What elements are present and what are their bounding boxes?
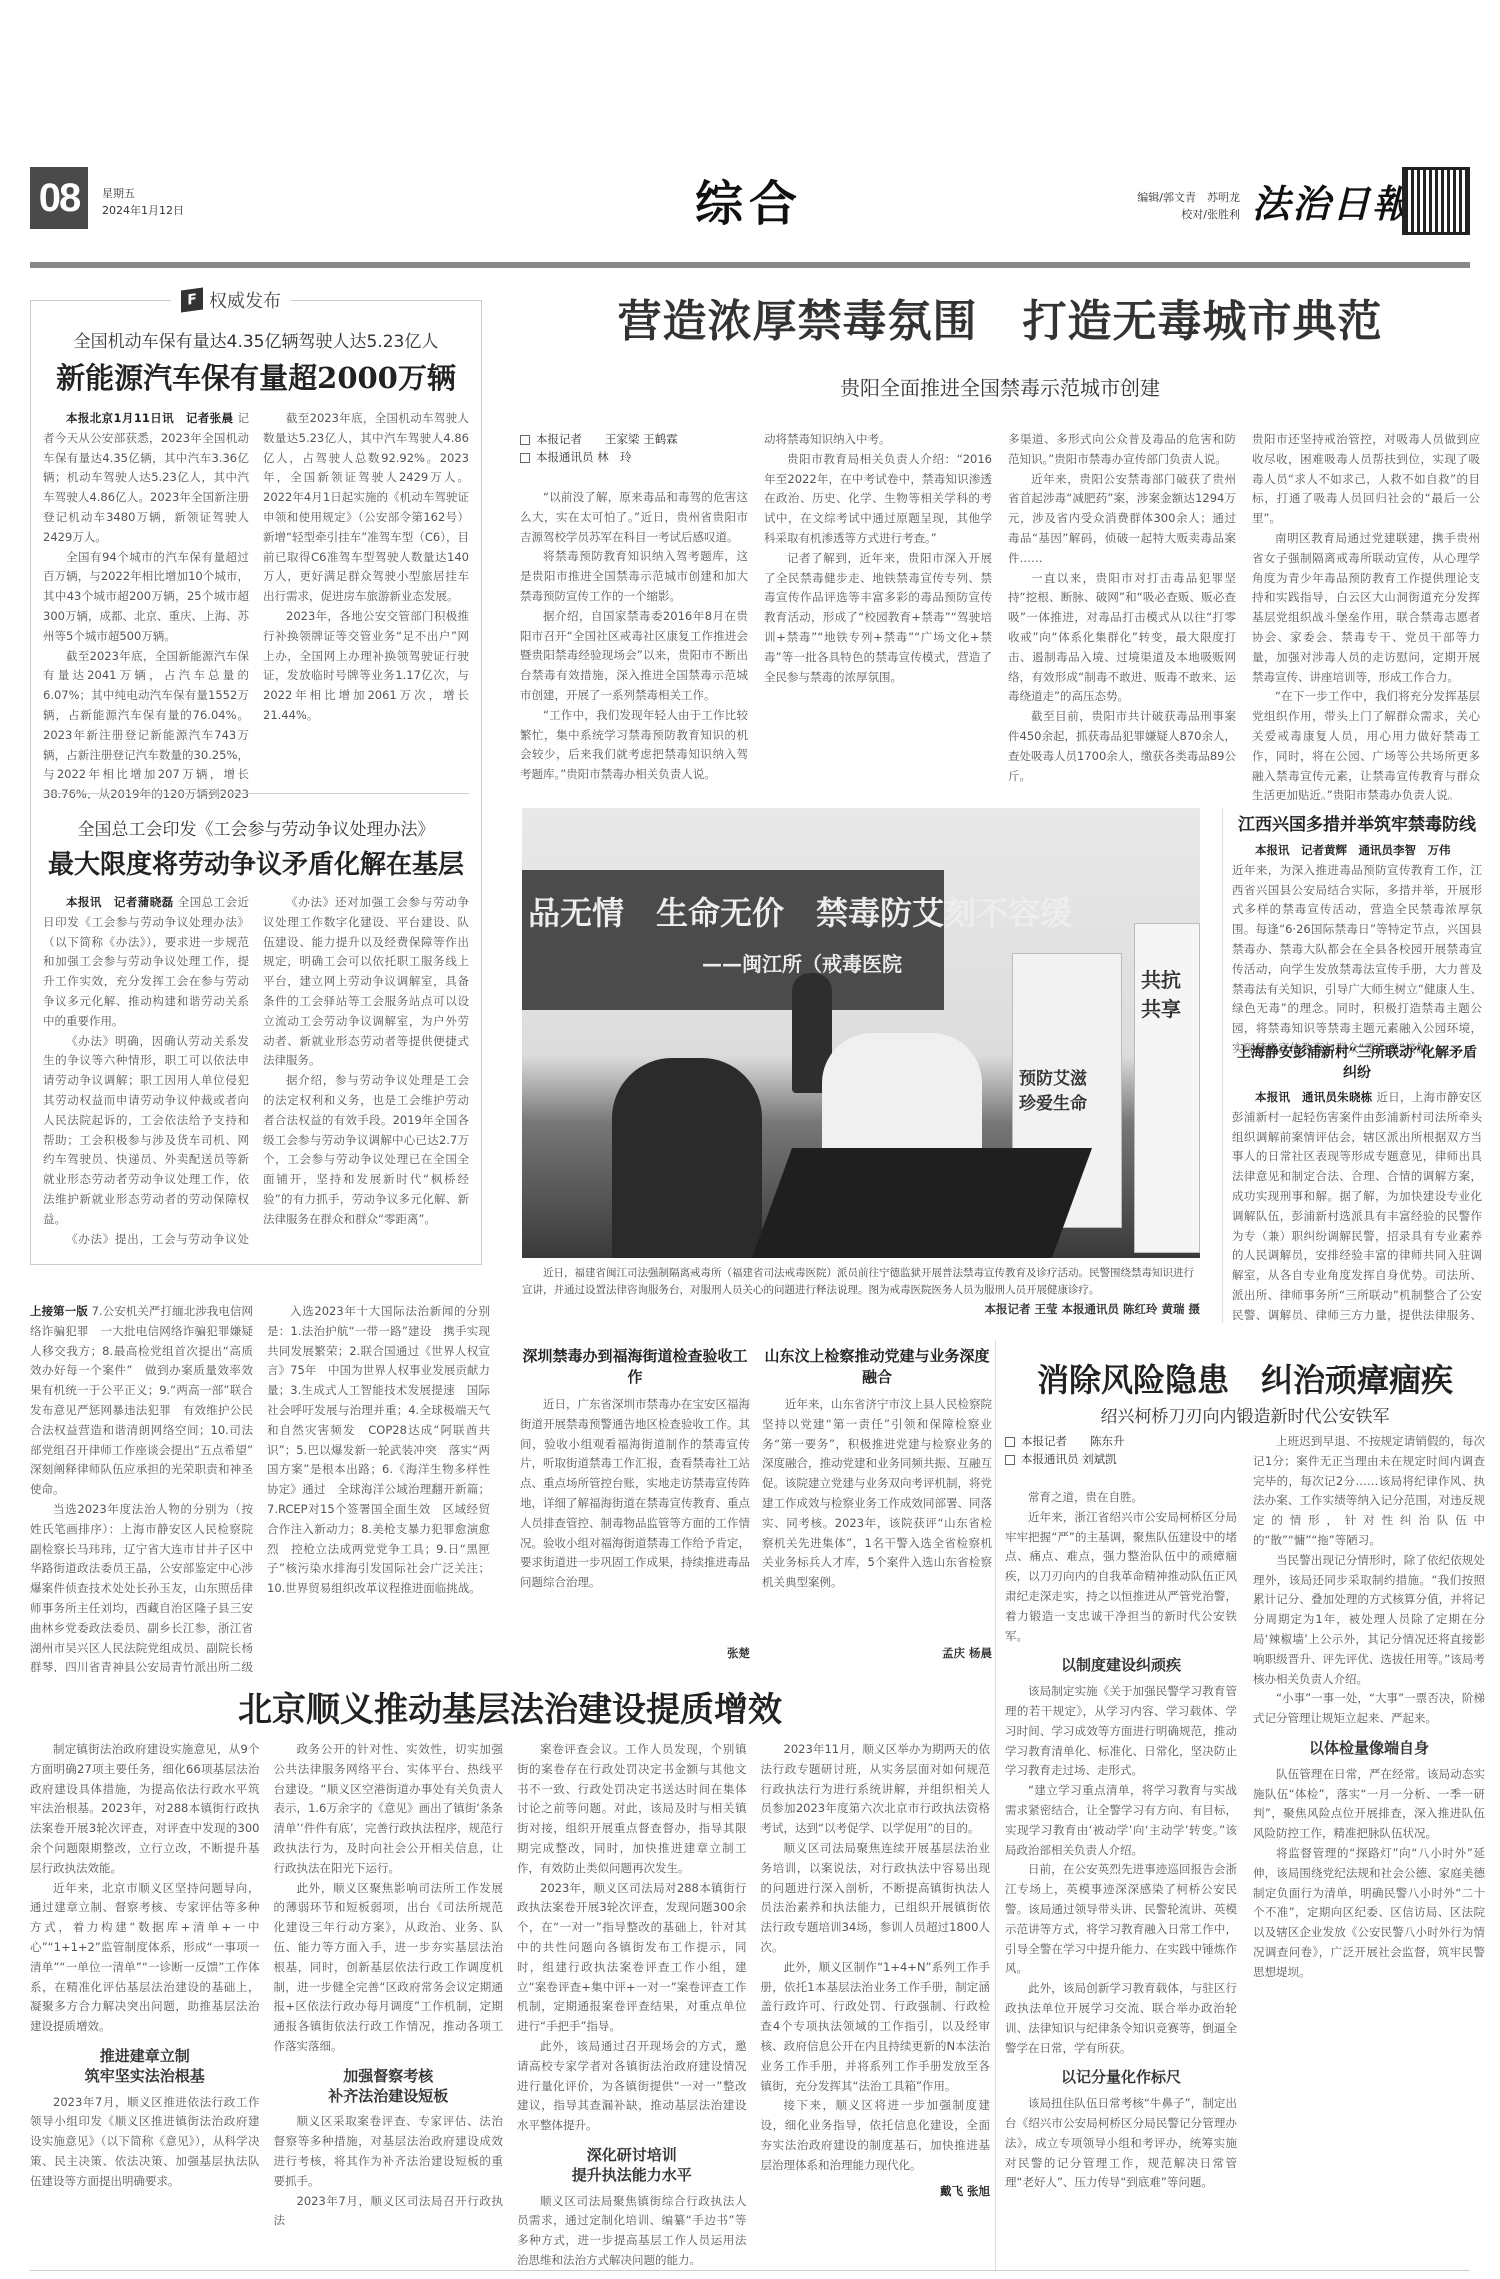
section-subhead: 深化研讨培训 提升执法能力水平 (517, 2146, 747, 2186)
byline: 本报记者 王家梁 王鹤霖 本报通讯员 林 玲 (520, 430, 748, 466)
article-headline: 深圳禁毒办到福海街道检查验收工作 (520, 1345, 750, 1387)
side-article-shanghai: 上海静安彭浦新村“三所联动”化解矛盾纠纷 本报讯 通讯员朱晓栋 近日，上海市静安… (1232, 1042, 1482, 1322)
article-headline: 上海静安彭浦新村“三所联动”化解矛盾纠纷 (1232, 1042, 1482, 1082)
photo-banner: 品无情 生命无价 禁毒防艾刻不容缓 ——闽江所（戒毒医院 (522, 870, 944, 1010)
article-headline: 山东汶上检察推动党建与业务深度融合 (762, 1345, 992, 1387)
section-subhead: 以记分量化作标尺 (1005, 2068, 1237, 2088)
patient-figure (612, 1058, 762, 1258)
article-ev: 全国机动车保有量达4.35亿辆驾驶人达5.23亿人 新能源汽车保有量超2000万… (31, 301, 481, 799)
main-story-body: 本报记者 王家梁 王鹤霖 本报通讯员 林 玲 “以前没了解，原来毒品和毒驾的危害… (520, 430, 1480, 800)
qr-code-icon[interactable] (1402, 167, 1470, 235)
page-number: 08 (30, 167, 88, 229)
section-subhead: 推进建章立制 筑牢坚实法治根基 (30, 2047, 260, 2087)
shunyi-body: 制定镇街法治政府建设实施意见，从9个方面明确27项主要任务，细化66项基层法治政… (30, 1740, 990, 2265)
article-kicker: 全国总工会印发《工会参与劳动争议处理办法》 (43, 815, 469, 840)
author: 戴飞 张旭 (761, 2182, 991, 2202)
weekday: 星期五 (102, 185, 184, 202)
article-headline: 最大限度将劳动争议矛盾化解在基层 (43, 844, 469, 881)
shaoxing-body: 本报记者 陈东升 本报通讯员 刘斌凯 常育之道，贵在自胜。 近年来，浙江省绍兴市… (1005, 1432, 1485, 2272)
article-kicker: 全国机动车保有量达4.35亿辆驾驶人达5.23亿人 (43, 327, 469, 352)
photo-credit: 本报记者 王莹 本报通讯员 陈红玲 黄瑞 摄 (522, 1301, 1200, 1318)
masthead: 08 星期五 2024年1月12日 综合 编辑/郭文青 苏明龙 校对/张胜利 法… (30, 165, 1470, 245)
continued-label: 上接第一版 (30, 1304, 88, 1318)
article-body: 本报讯 记者蒲晓磊 全国总工会近日印发《工会参与劳动争议处理办法》（以下简称《办… (43, 893, 469, 1248)
authority-release-box: F 权威发布 全国机动车保有量达4.35亿辆驾驶人达5.23亿人 新能源汽车保有… (30, 300, 482, 1265)
shunyi-headline: 北京顺义推动基层法治建设提质增效 (30, 1682, 990, 1731)
small-article-shandong: 山东汶上检察推动党建与业务深度融合 近年来，山东省济宁市汶上县人民检察院坚持以党… (762, 1345, 992, 1665)
section-subhead: 以体检量像端自身 (1253, 1739, 1485, 1759)
main-subheadline: 贵阳全面推进全国禁毒示范城市创建 (520, 372, 1480, 401)
small-article-shenzhen: 深圳禁毒办到福海街道检查验收工作 近日，广东省深圳市禁毒办在宝安区福海街道开展禁… (520, 1345, 750, 1665)
shaoxing-subhead: 绍兴柯桥刀刃向内锻造新时代公安铁军 (1005, 1402, 1485, 1427)
editors-credit: 编辑/郭文青 苏明龙 校对/张胜利 (1130, 189, 1240, 223)
news-photo[interactable]: 品无情 生命无价 禁毒防艾刻不容缓 ——闽江所（戒毒医院 预防艾滋 珍爱生命 共… (522, 808, 1200, 1258)
f-logo-icon: F (181, 287, 203, 312)
date: 2024年1月12日 (102, 202, 184, 219)
article-body: 本报北京1月11日讯 记者张晨 记者今天从公安部获悉，2023年全国机动车保有量… (43, 409, 469, 799)
issue-date: 星期五 2024年1月12日 (102, 185, 184, 219)
article-headline: 新能源汽车保有量超2000万辆 (43, 356, 469, 397)
author: 张楚 (727, 1645, 750, 1661)
masthead-rule (30, 262, 1470, 268)
section-label: F 权威发布 (171, 287, 291, 313)
section-subhead: 以制度建设纠顽疾 (1005, 1656, 1237, 1676)
article-labor: 全国总工会印发《工会参与劳动争议处理办法》 最大限度将劳动争议矛盾化解在基层 本… (31, 799, 481, 1248)
section-title: 综合 (695, 165, 803, 234)
section-subhead: 加强督察考核 补齐法治建设短板 (274, 2067, 504, 2107)
continued-article: 上接第一版 7.公安机关严打缅北涉我电信网络诈骗犯罪 一大批电信网络诈骗犯罪嫌疑… (30, 1302, 490, 1672)
side-article-jiangxi: 江西兴国多措并举筑牢禁毒防线 本报讯 记者黄辉 通讯员李智 万伟 近年来，为深入… (1232, 810, 1482, 1059)
article-headline: 江西兴国多措并举筑牢禁毒防线 (1232, 810, 1482, 835)
photo-caption: 近日，福建省闽江司法强制隔离戒毒所（福建省司法戒毒医院）派员前往宁德监狱开展普法… (522, 1265, 1200, 1318)
newspaper-logo: 法治日報 (1252, 173, 1412, 228)
desk (752, 1148, 1092, 1258)
author: 孟庆 杨晨 (942, 1645, 992, 1661)
poster-share: 共抗 共享 (1134, 923, 1200, 1253)
main-headline: 营造浓厚禁毒氛围 打造无毒城市典范 (520, 285, 1480, 349)
shaoxing-headline: 消除风险隐患 纠治顽瘴痼疾 (1005, 1355, 1485, 1401)
